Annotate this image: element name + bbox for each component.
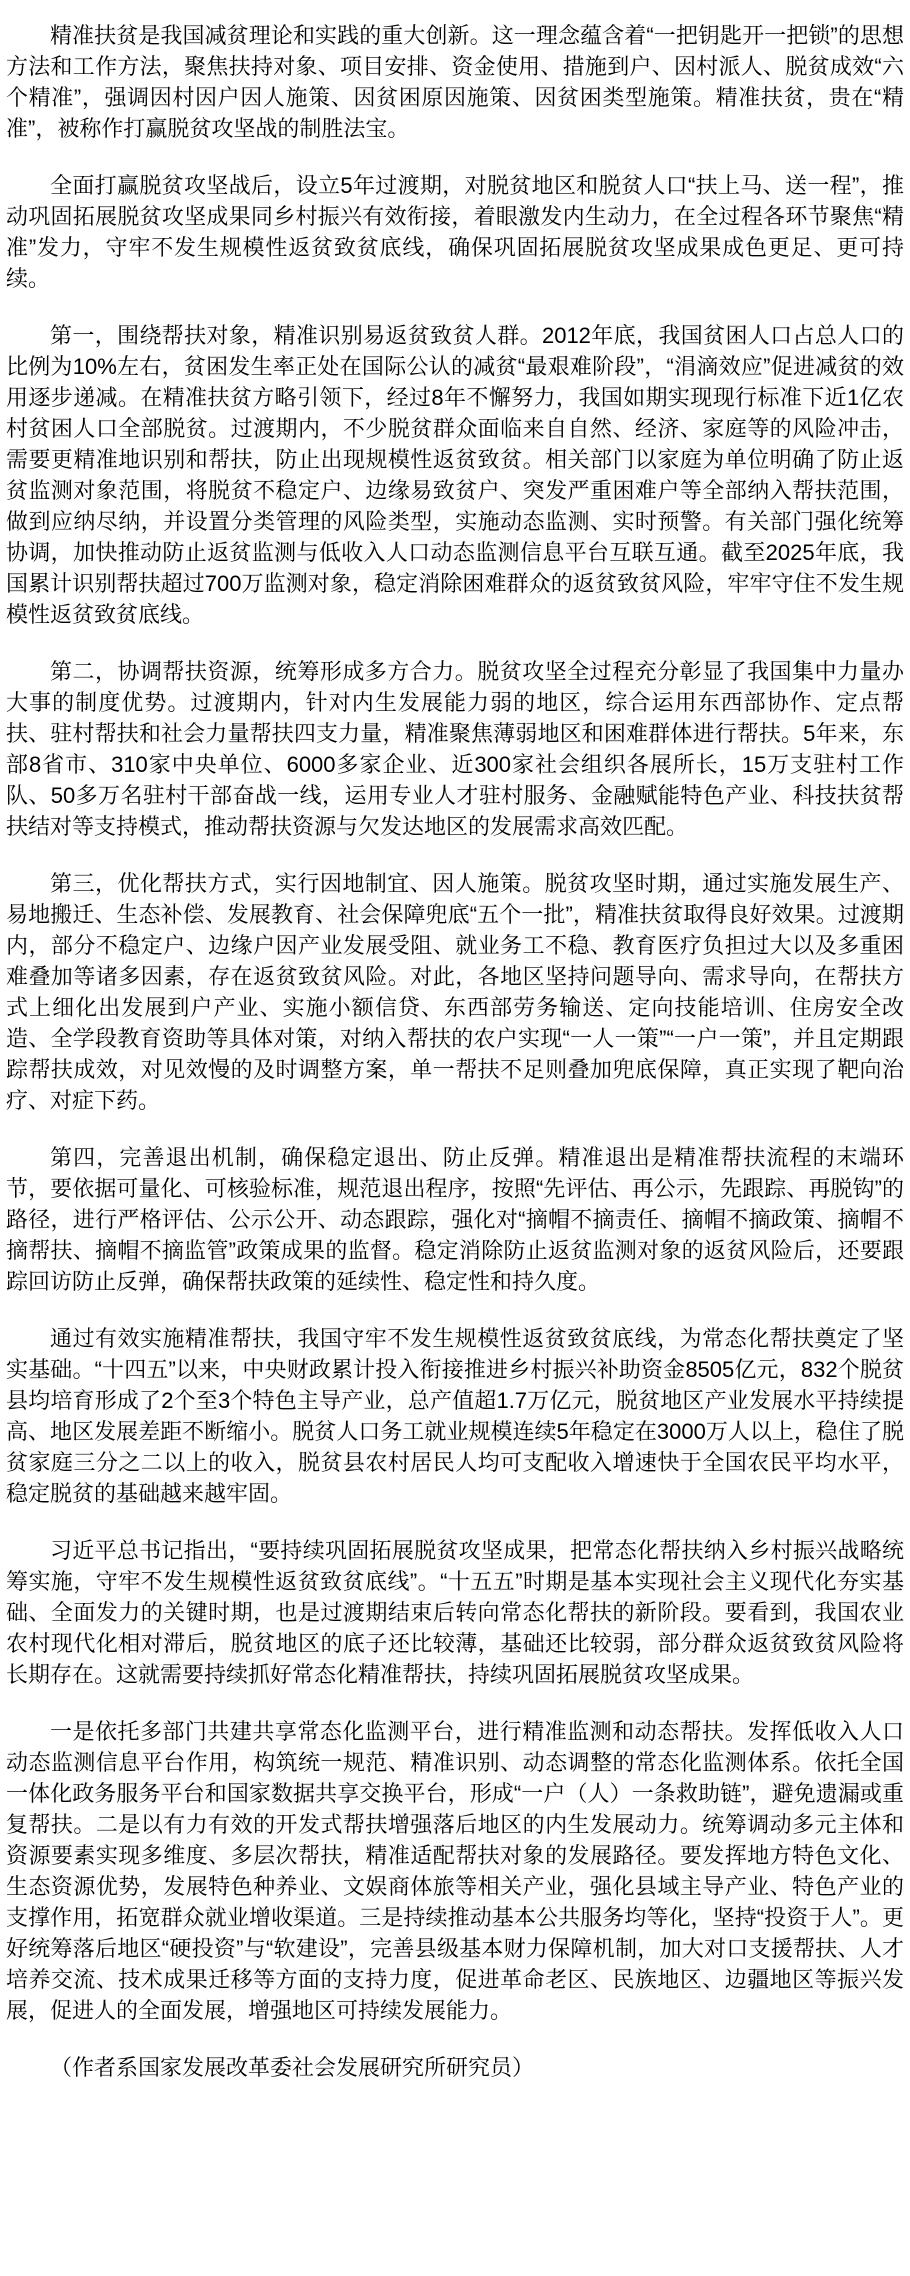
paragraph-quote-outlook: 习近平总书记指出，“要持续巩固拓展脱贫攻坚成果，把常态化帮扶纳入乡村振兴战略统筹…	[6, 1535, 904, 1690]
paragraph-point-3: 第三，优化帮扶方式，实行因地制宜、因人施策。脱贫攻坚时期，通过实施发展生产、易地…	[6, 868, 904, 1116]
paragraph-transition-period: 全面打赢脱贫攻坚战后，设立5年过渡期，对脱贫地区和脱贫人口“扶上马、送一程”，推…	[6, 170, 904, 294]
paragraph-three-measures: 一是依托多部门共建共享常态化监测平台，进行精准监测和动态帮扶。发挥低收入人口动态…	[6, 1716, 904, 2026]
paragraph-point-1: 第一，围绕帮扶对象，精准识别易返贫致贫人群。2012年底，我国贫困人口占总人口的…	[6, 320, 904, 630]
paragraph-point-2: 第二，协调帮扶资源，统筹形成多方合力。脱贫攻坚全过程充分彰显了我国集中力量办大事…	[6, 656, 904, 842]
paragraph-point-4: 第四，完善退出机制，确保稳定退出、防止反弹。精准退出是精准帮扶流程的末端环节，要…	[6, 1142, 904, 1297]
author-note: （作者系国家发展改革委社会发展研究所研究员）	[6, 2052, 904, 2083]
paragraph-intro: 精准扶贫是我国减贫理论和实践的重大创新。这一理念蕴含着“一把钥匙开一把锁”的思想…	[6, 20, 904, 144]
article-body: 精准扶贫是我国减贫理论和实践的重大创新。这一理念蕴含着“一把钥匙开一把锁”的思想…	[0, 0, 910, 2143]
paragraph-achievements: 通过有效实施精准帮扶，我国守牢不发生规模性返贫致贫底线，为常态化帮扶奠定了坚实基…	[6, 1323, 904, 1509]
